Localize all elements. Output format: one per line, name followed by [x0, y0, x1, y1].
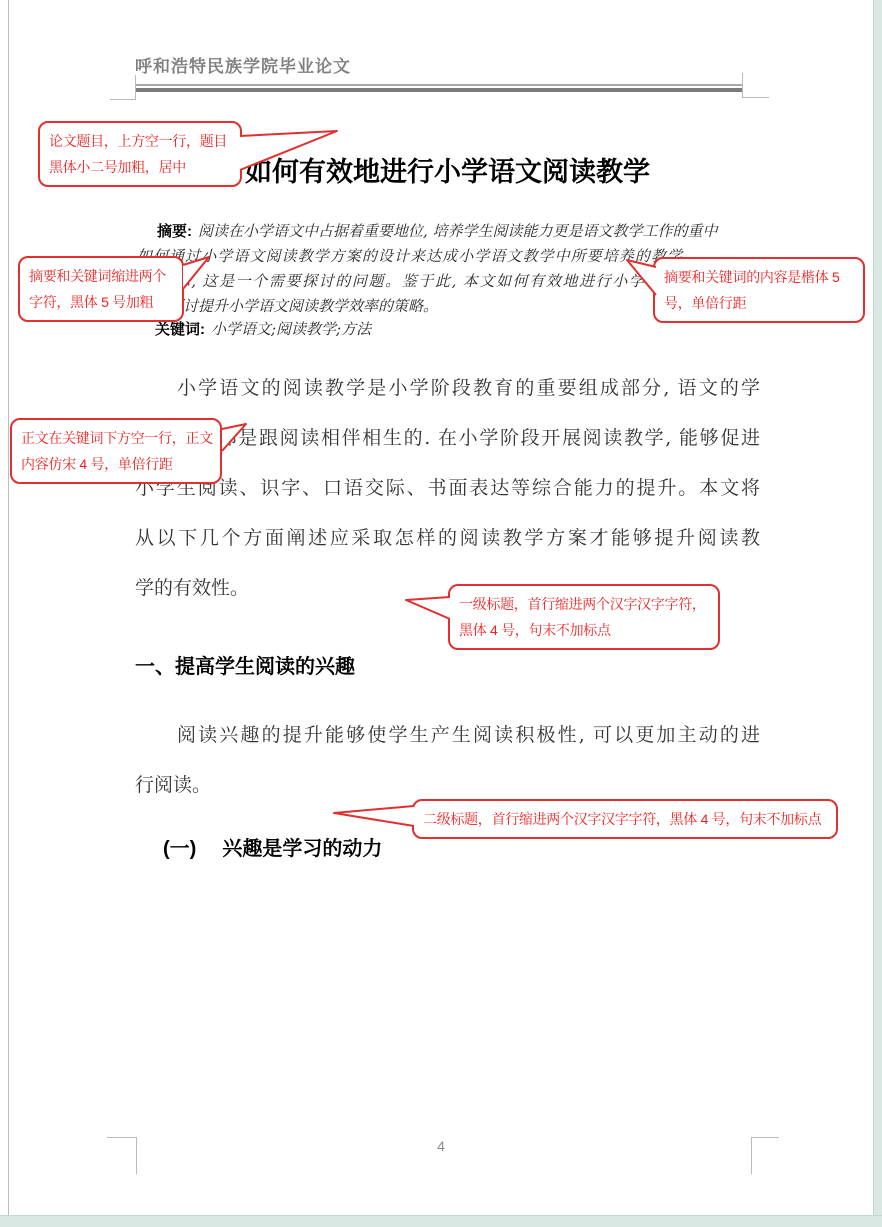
abstract-label: 摘要: [157, 223, 192, 240]
callout-body-note: 正文在关键词下方空一行，正文 内容仿宋 4 号，单倍行距 [10, 418, 222, 484]
callout-pointer [218, 418, 250, 456]
callout-pointer [178, 250, 214, 294]
section-heading-2: (一)兴趣是学习的动力 [163, 832, 382, 861]
header-rule-thin [135, 84, 742, 86]
callout-title-note: 论文题目，上方空一行，题目 黑体小二号加粗，居中 [38, 121, 242, 187]
heading2-number: (一) [163, 838, 196, 860]
callout-heading2-note: 二级标题，首行缩进两个汉字汉字字符，黑体 4 号，句末不加标点 [412, 799, 838, 839]
page-left-border [8, 0, 9, 1216]
page-bottom-edge-strip [0, 1215, 882, 1227]
callout-heading1-note: 一级标题，首行缩进两个汉字汉字字符， 黑体 4 号，句末不加标点 [448, 584, 720, 650]
body-line: 从以下几个方面阐述应采取怎样的阅读教学方案才能够提升阅读教 [135, 523, 760, 553]
keywords-text: 小学语文;阅读教学;方法 [211, 320, 371, 338]
section-heading-1: 一、提高学生阅读的兴趣 [135, 650, 355, 679]
abstract-text: 阅读在小学语文中占据着重要地位, 培养学生阅读能力更是语文教学工作的重中 [198, 222, 718, 240]
callout-abstract-indent-note: 摘要和关键词缩进两个 字符，黑体 5 号加粗 [18, 256, 184, 322]
header-rule-thick [135, 88, 742, 92]
body-line: 行阅读。 [135, 770, 211, 800]
callout-text: 摘要和关键词的内容是楷体 5 [664, 264, 854, 290]
callout-pointer [622, 254, 660, 300]
body-line: 学的有效性。 [135, 573, 249, 603]
abstract-line: 摘要:阅读在小学语文中占据着重要地位, 培养学生阅读能力更是语文教学工作的重中 [157, 219, 718, 244]
running-header: 呼和浩特民族学院毕业论文 [135, 52, 351, 77]
callout-text: 号，单倍行距 [664, 290, 854, 316]
abstract-line: 探讨提升小学语文阅读教学效率的策略。 [168, 294, 438, 318]
callout-text: 内容仿宋 4 号，单倍行距 [21, 451, 211, 477]
document-page: 呼和浩特民族学院毕业论文 如何有效地进行小学语文阅读教学 摘要:阅读在小学语文中… [0, 0, 882, 1227]
callout-pointer [234, 124, 342, 176]
crop-mark-top-left [110, 75, 136, 100]
callout-text: 二级标题，首行缩进两个汉字汉字字符，黑体 4 号，句末不加标点 [423, 806, 827, 832]
callout-text: 一级标题，首行缩进两个汉字汉字字符， [459, 591, 709, 617]
callout-pointer [330, 800, 418, 830]
page-number: 4 [0, 1138, 882, 1154]
callout-text: 黑体小二号加粗，居中 [49, 154, 231, 180]
callout-text: 黑体 4 号，句末不加标点 [459, 617, 709, 643]
keywords-line: 关键词:小学语文;阅读教学;方法 [155, 317, 371, 342]
callout-abstract-font-note: 摘要和关键词的内容是楷体 5 号，单倍行距 [653, 257, 865, 323]
callout-text: 论文题目，上方空一行，题目 [49, 128, 231, 154]
heading2-text: 兴趣是学习的动力 [222, 838, 382, 860]
body-line: 小学语文的阅读教学是小学阶段教育的重要组成部分, 语文的学 [177, 373, 760, 403]
callout-text: 正文在关键词下方空一行，正文 [21, 425, 211, 451]
abstract-line: 如何通过小学语文阅读教学方案的设计来达成小学语文教学中所要培养的教学 [137, 244, 682, 268]
callout-pointer [402, 590, 454, 624]
body-line: 小学生阅读、识字、口语交际、书面表达等综合能力的提升。本文将 [135, 473, 760, 503]
callout-text: 字符，黑体 5 号加粗 [29, 289, 173, 315]
keywords-label: 关键词: [155, 321, 205, 338]
callout-text: 摘要和关键词缩进两个 [29, 263, 173, 289]
crop-mark-top-right [742, 73, 769, 98]
page-right-edge-strip [873, 0, 882, 1227]
body-line: 阅读兴趣的提升能够使学生产生阅读积极性, 可以更加主动的进 [177, 720, 760, 750]
